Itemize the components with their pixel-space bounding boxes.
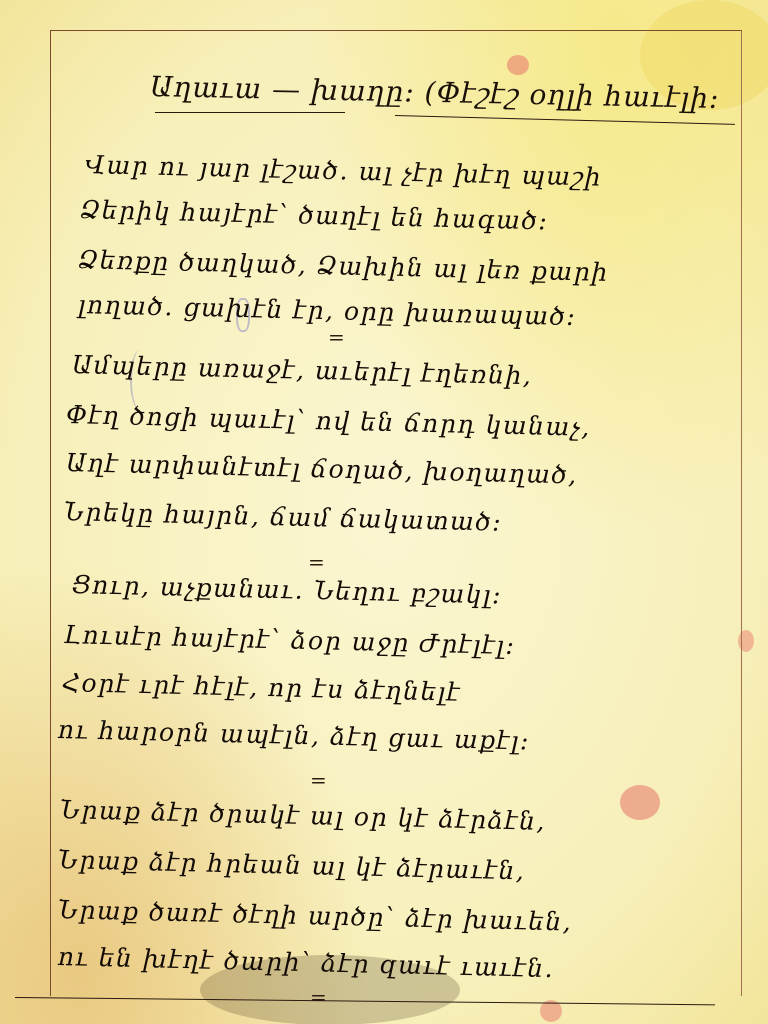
stanza-separator: = bbox=[328, 325, 345, 349]
stanza-separator: = bbox=[310, 985, 327, 1009]
stanza-separator: = bbox=[310, 768, 327, 792]
stanza-separator: = bbox=[308, 550, 325, 574]
bottom-rule bbox=[15, 997, 715, 1005]
title-underline bbox=[155, 112, 345, 113]
